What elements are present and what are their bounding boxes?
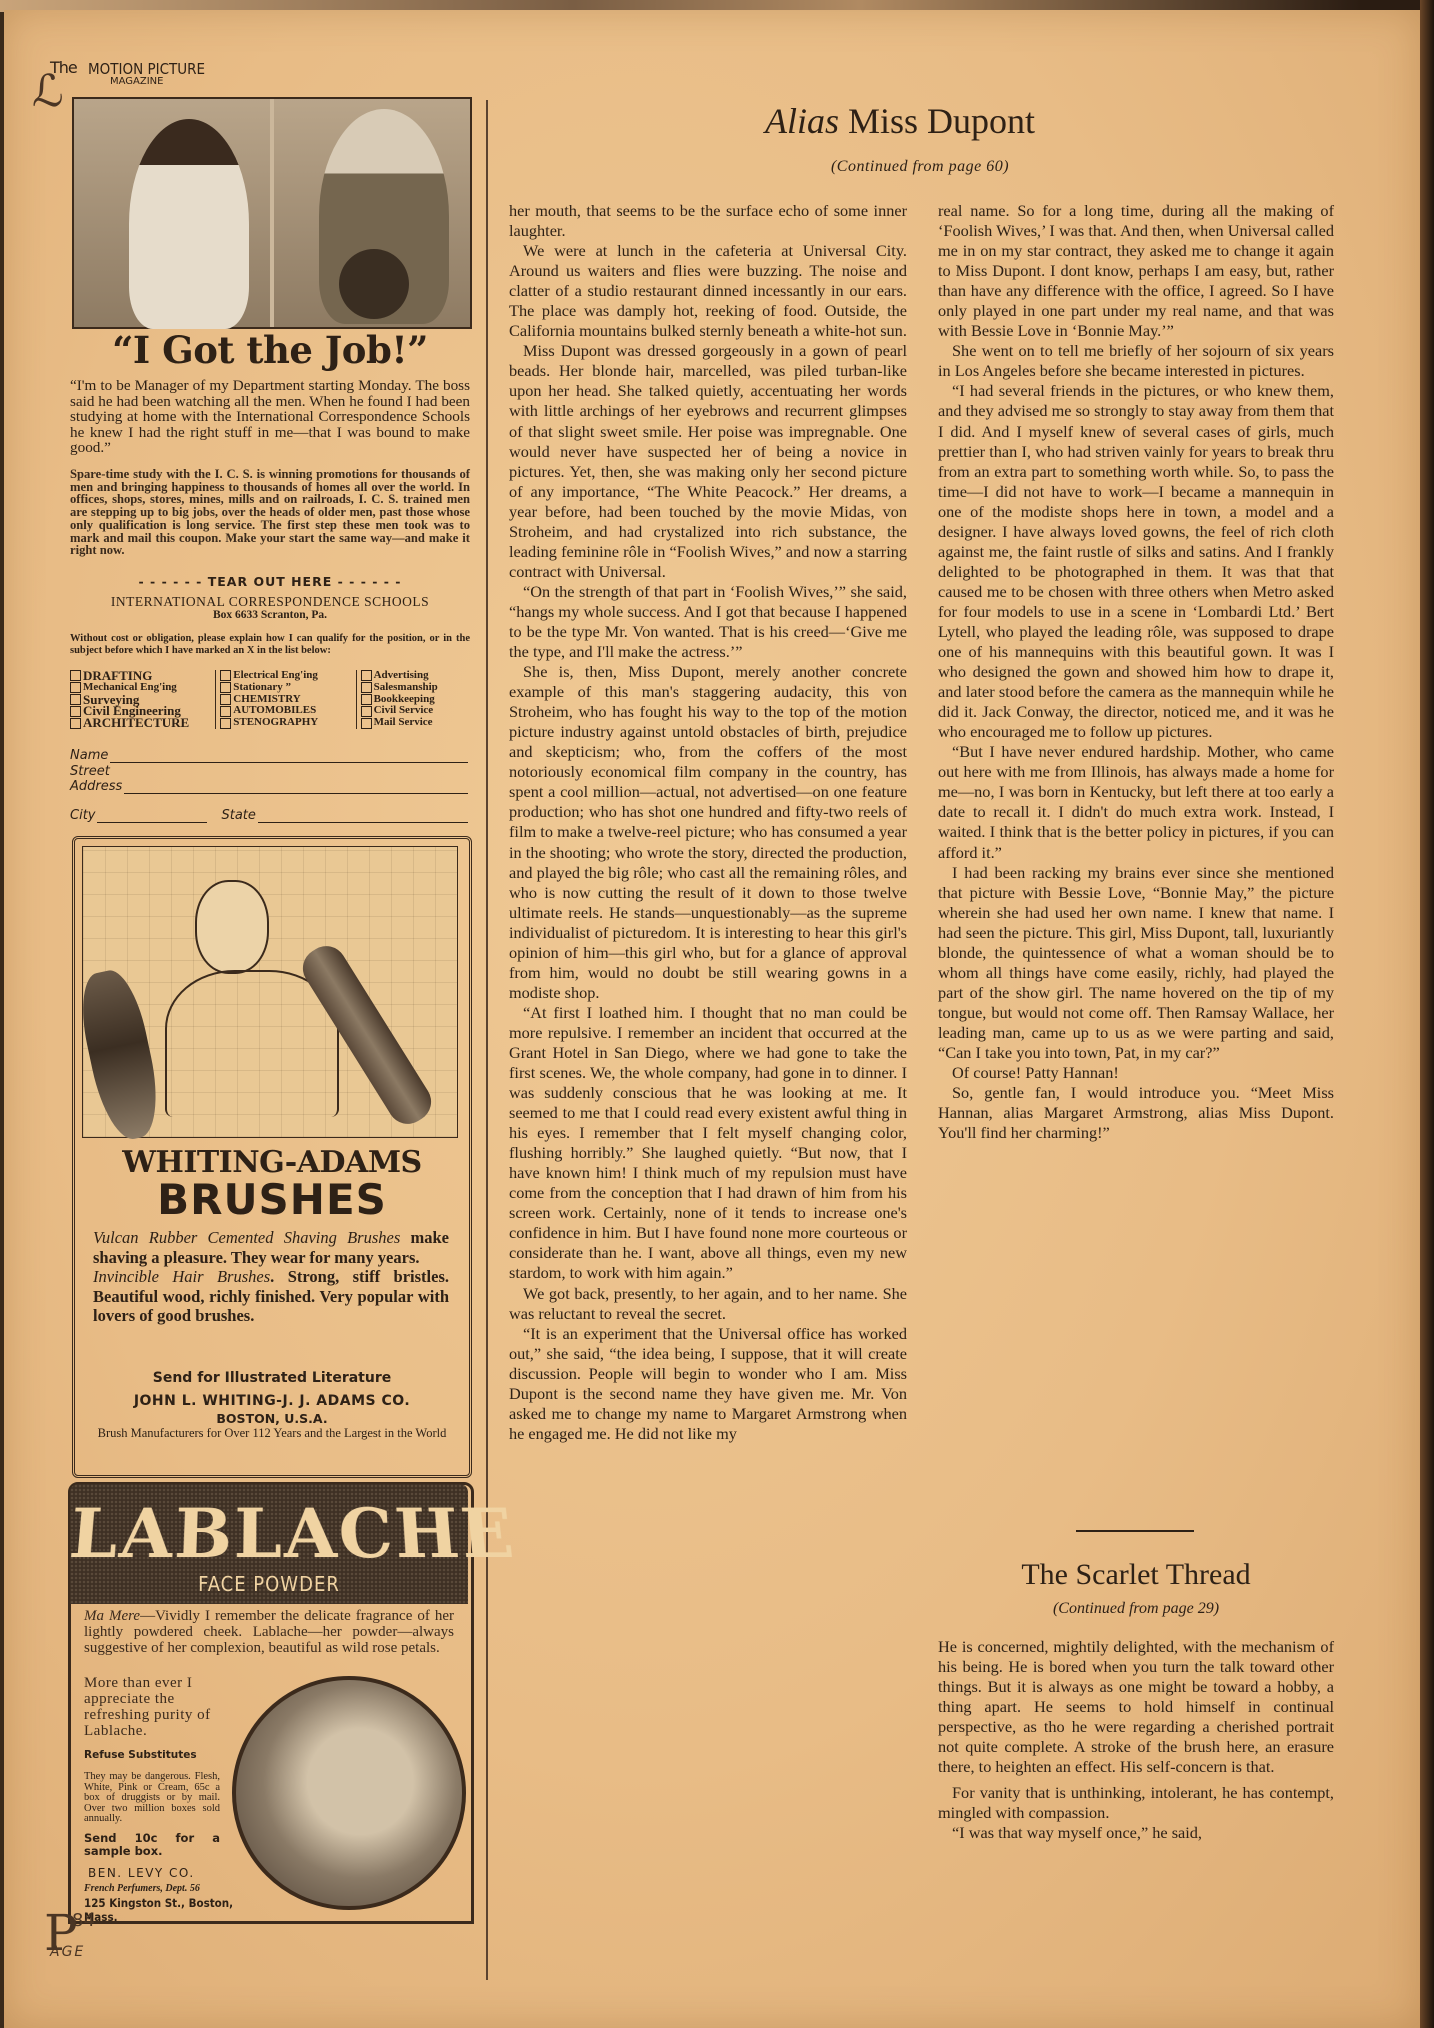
whiting-adams-brushes: BRUSHES — [72, 1175, 472, 1224]
article-continued-note: (Continued from page 60) — [700, 158, 1140, 176]
ics-school-name: INTERNATIONAL CORRESPONDENCE SCHOOLS — [70, 594, 470, 610]
lablache-address: 125 Kingston St., Boston, Mass. — [84, 1896, 244, 1924]
second-article-title: The Scarlet Thread — [938, 1558, 1334, 1592]
checkbox[interactable] — [361, 718, 372, 729]
paragraph: I had been racking my brains ever since … — [938, 863, 1334, 1063]
name-field[interactable]: Name — [70, 748, 468, 763]
article-column-right: real name. So for a long time, during al… — [938, 201, 1334, 1143]
masthead-magazine: MAGAZINE — [110, 76, 163, 87]
option-stationary[interactable]: Stationary ” — [220, 682, 351, 694]
option-stenography[interactable]: STENOGRAPHY — [220, 717, 351, 729]
address-field[interactable]: Address — [70, 779, 468, 794]
option-mail-service[interactable]: Mail Service — [361, 717, 470, 729]
checkbox[interactable] — [220, 682, 231, 693]
paragraph: real name. So for a long time, during al… — [938, 201, 1334, 341]
checkbox[interactable] — [220, 670, 231, 681]
paragraph: “But I have never endured hardship. Moth… — [938, 742, 1334, 862]
paragraph: She is, then, Miss Dupont, merely anothe… — [509, 662, 907, 1003]
checkbox[interactable] — [361, 706, 372, 717]
name-line[interactable] — [110, 752, 468, 763]
woman-figure-icon — [129, 119, 249, 329]
state-line[interactable] — [258, 812, 468, 823]
shaving-man-head-icon — [195, 880, 269, 974]
checkbox[interactable] — [70, 718, 81, 729]
checkbox[interactable] — [361, 682, 372, 693]
whiting-adams-footer: Brush Manufacturers for Over 112 Years a… — [82, 1428, 462, 1440]
article-column-middle: her mouth, that seems to be the surface … — [509, 201, 907, 1444]
address-line[interactable] — [124, 783, 468, 794]
lablache-text: Ma Mere—Vividly I remember the delicate … — [84, 1608, 454, 1656]
paragraph: For vanity that is unthinking, intoleran… — [938, 1783, 1334, 1823]
checkbox[interactable] — [70, 706, 81, 717]
checkbox[interactable] — [220, 694, 231, 705]
ics-instructions: Without cost or obligation, please expla… — [70, 633, 470, 656]
city-line[interactable] — [97, 812, 207, 823]
paragraph: He is concerned, mightily delighted, wit… — [938, 1637, 1334, 1777]
article-separator — [1076, 1530, 1194, 1532]
lablache-send-offer: Send 10c for a sample box. — [84, 1832, 220, 1858]
ics-ad-quote: “I'm to be Manager of my Department star… — [70, 378, 470, 456]
whiting-adams-city: BOSTON, U.S.A. — [72, 1411, 472, 1426]
whiting-adams-send: Send for Illustrated Literature — [72, 1370, 472, 1386]
paragraph: “I had several friends in the pictures, … — [938, 381, 1334, 742]
checkbox[interactable] — [70, 682, 81, 693]
article-title: Alias Miss Dupont — [600, 100, 1200, 142]
paragraph: Of course! Patty Hannan! — [938, 1063, 1334, 1083]
ics-ad-body: Spare-time study with the I. C. S. is wi… — [70, 468, 470, 557]
paragraph: We got back, presently, to her again, an… — [509, 1284, 907, 1324]
option-salesmanship[interactable]: Salesmanship — [361, 682, 470, 694]
checkbox[interactable] — [361, 670, 372, 681]
paragraph: We were at lunch in the cafeteria at Uni… — [509, 241, 907, 341]
ics-options-col-2: Electrical Eng'ing Stationary ” CHEMISTR… — [215, 670, 351, 729]
ics-ad-photo — [72, 97, 472, 329]
ics-options-col-1: DRAFTING Mechanical Eng'ing Surveying Ci… — [70, 670, 211, 729]
ics-options-col-3: Advertising Salesmanship Bookkeeping Civ… — [356, 670, 470, 729]
shaving-man-torso-icon — [165, 970, 339, 1117]
masthead: The MOTION PICTURE MAGAZINE — [50, 58, 250, 98]
lablache-subtitle: FACE POWDER — [70, 1572, 468, 1596]
paragraph: She went on to tell me briefly of her so… — [938, 341, 1334, 381]
second-article-continued-note: (Continued from page 29) — [938, 1600, 1334, 1618]
checkbox[interactable] — [220, 706, 231, 717]
checkbox[interactable] — [70, 670, 81, 681]
paragraph: “I was that way myself once,” he said, — [938, 1823, 1334, 1843]
ics-course-checklist: DRAFTING Mechanical Eng'ing Surveying Ci… — [70, 670, 470, 729]
paragraph: Miss Dupont was dressed gorgeously in a … — [509, 341, 907, 582]
street-label-row: Street — [70, 764, 468, 779]
checkbox[interactable] — [70, 694, 81, 705]
column-divider — [486, 100, 488, 1980]
tear-out-line: - - - - - - TEAR OUT HERE - - - - - - — [70, 574, 470, 589]
option-architecture[interactable]: ARCHITECTURE — [70, 717, 211, 729]
hat-icon — [339, 249, 409, 319]
scan-right-edge — [1420, 0, 1434, 2028]
city-state-field[interactable]: CityState — [70, 808, 468, 823]
checkbox[interactable] — [361, 694, 372, 705]
lablache-text-2: More than ever I appreciate the refreshi… — [84, 1675, 230, 1739]
lablache-company: BEN. LEVY CO. — [88, 1866, 238, 1880]
lablache-dept: French Perfumers, Dept. 56 — [84, 1883, 234, 1894]
paragraph: “It is an experiment that the Universal … — [509, 1324, 907, 1444]
ics-box-address: Box 6633 Scranton, Pa. — [70, 609, 470, 621]
second-article-column: He is concerned, mightily delighted, wit… — [938, 1637, 1334, 1843]
lablache-refuse: Refuse Substitutes — [84, 1749, 234, 1761]
checkbox[interactable] — [220, 718, 231, 729]
lablache-title: LABLACHE — [66, 1495, 472, 1574]
whiting-adams-company: JOHN L. WHITING-J. J. ADAMS CO. — [72, 1393, 472, 1409]
woman-portrait-icon — [232, 1676, 466, 1910]
lablache-fine-print: They may be dangerous. Flesh, White, Pin… — [84, 1772, 220, 1825]
flourish-icon: ℒ — [32, 70, 64, 114]
paragraph: her mouth, that seems to be the surface … — [509, 201, 907, 241]
paragraph: So, gentle fan, I would introduce you. “… — [938, 1083, 1334, 1143]
paragraph: “On the strength of that part in ‘Foolis… — [509, 582, 907, 662]
whiting-adams-body: Vulcan Rubber Cemented Shaving Brushes m… — [93, 1228, 449, 1326]
paragraph: “At first I loathed him. I thought that … — [509, 1003, 907, 1284]
ics-ad-headline: “I Got the Job!” — [72, 328, 468, 372]
